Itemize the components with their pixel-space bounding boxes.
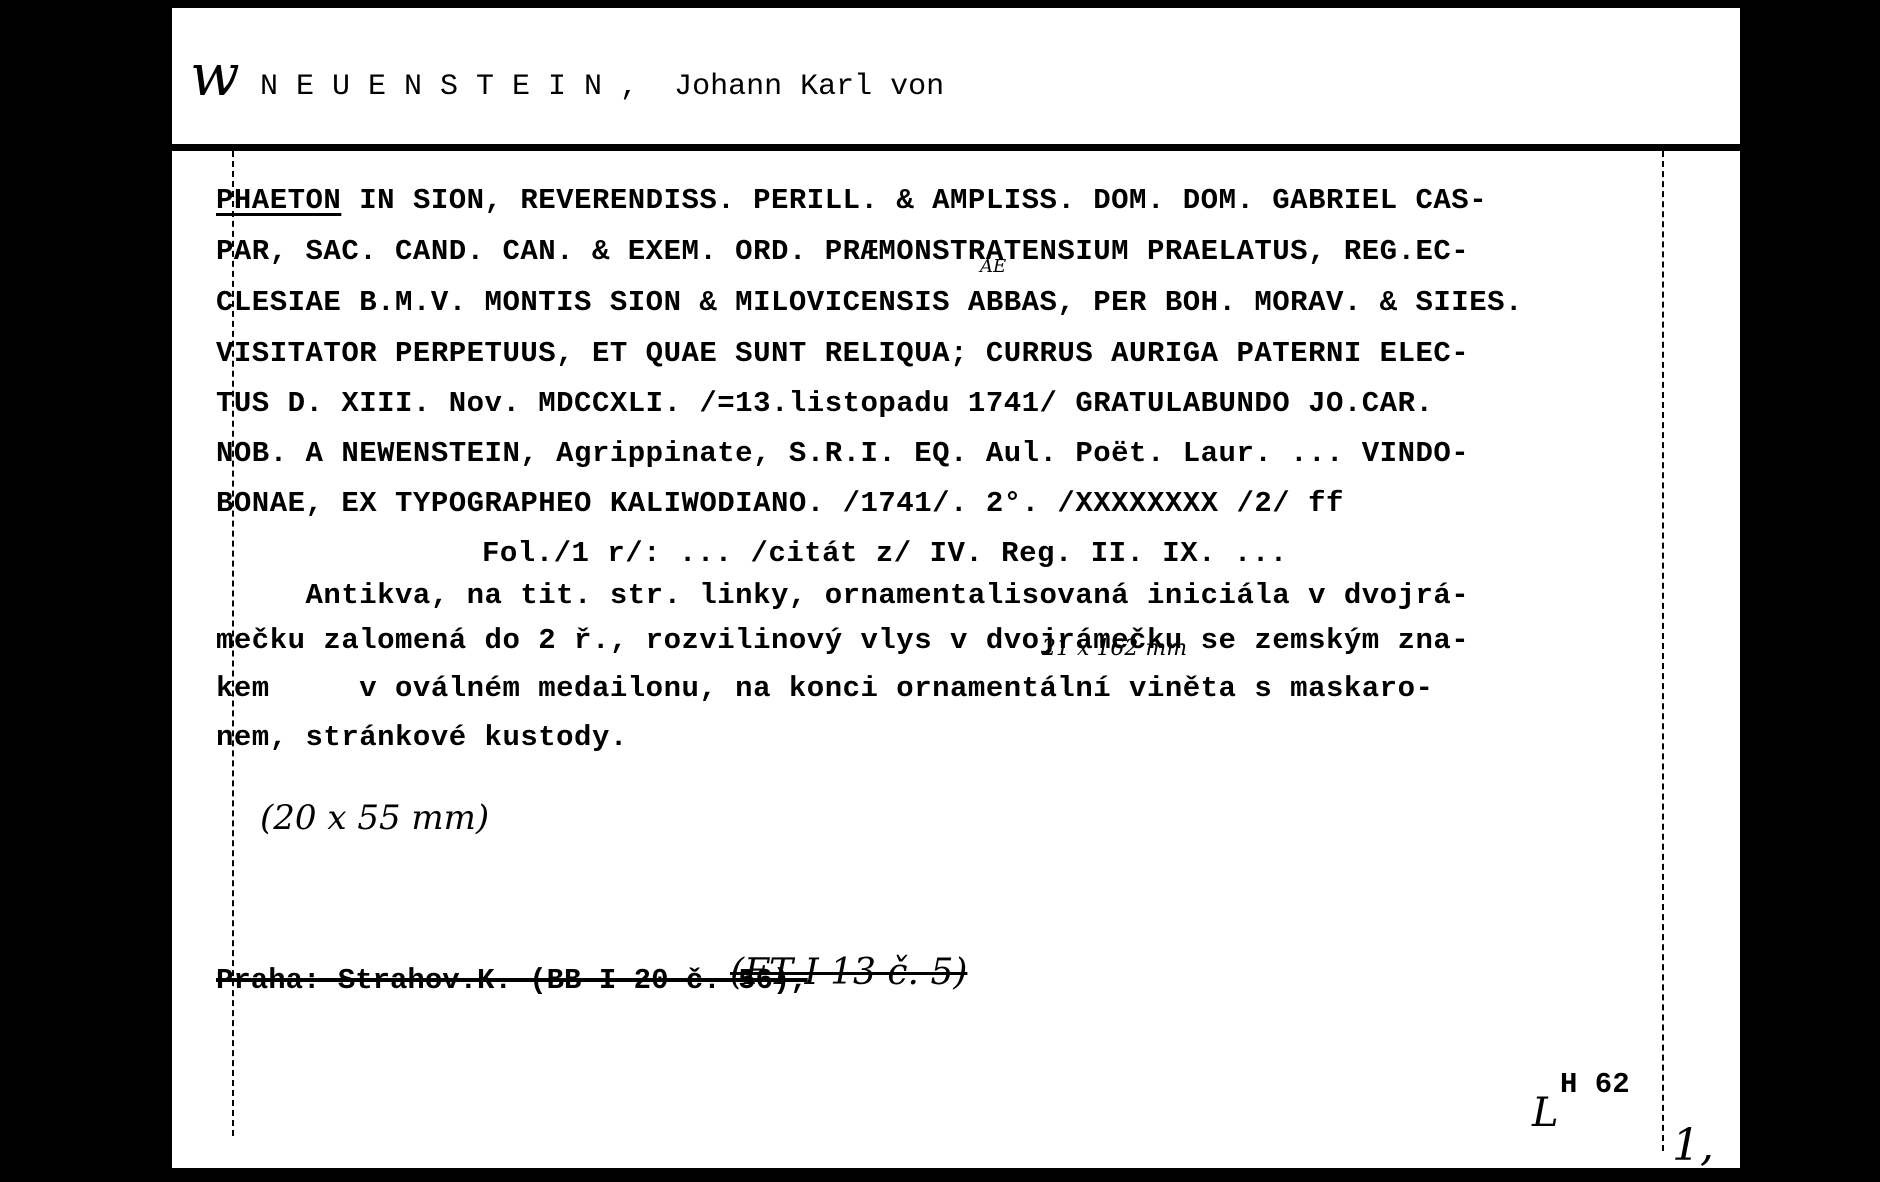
header-rule [172,144,1740,151]
heading-given-names: Johann Karl von [674,70,944,104]
description-line: kem v oválném medailonu, na konci orname… [216,674,1433,703]
title-line: PHAETON IN SION, REVERENDISS. PERILL. & … [216,186,1487,215]
title-line: NOB. A NEWENSTEIN, Agrippinate, S.R.I. E… [216,439,1469,468]
folio-line: Fol./1 r/: ... /citát z/ IV. Reg. II. IX… [482,539,1288,568]
struck-handwritten-shelfmark: (FT I 13 č. 5) [730,952,967,993]
handwritten-corner-mark: w [190,46,240,104]
description-line: Antikva, na tit. str. linky, ornamentali… [216,581,1469,610]
catalog-card: w NEUENSTEIN, Johann Karl von PHAETON IN… [172,8,1740,1168]
title-line: TUS D. XIII. Nov. MDCCXLI. /=13.listopad… [216,389,1433,418]
handwritten-vignette-dimensions: (20 x 55 mm) [260,798,489,838]
title-line: PAR, SAC. CAND. CAN. & EXEM. ORD. PRÆMON… [216,237,1469,266]
title-line: BONAE, EX TYPOGRAPHEO KALIWODIANO. /1741… [216,489,1344,518]
description-line: mečku zalomená do 2 ř., rozvilinový vlys… [216,626,1469,655]
card-heading: NEUENSTEIN, Johann Karl von [260,70,944,104]
title-line: CLESIAE B.M.V. MONTIS SION & MILOVICENSI… [216,288,1523,317]
description-line: nem, stránkové kustody. [216,723,628,752]
shelfmark: H 62 [1560,1068,1630,1101]
handwritten-mark: L [1532,1090,1559,1136]
title-keyword: PHAETON [216,184,341,217]
struck-location: Praha: Strahov.K. (BB I 20 č. 56), [216,964,808,997]
heading-surname: NEUENSTEIN, [260,70,656,104]
right-margin-line [1662,151,1664,1151]
handwritten-page-number: 1, [1672,1120,1714,1171]
title-line: VISITATOR PERPETUUS, ET QUAE SUNT RELIQU… [216,339,1469,368]
